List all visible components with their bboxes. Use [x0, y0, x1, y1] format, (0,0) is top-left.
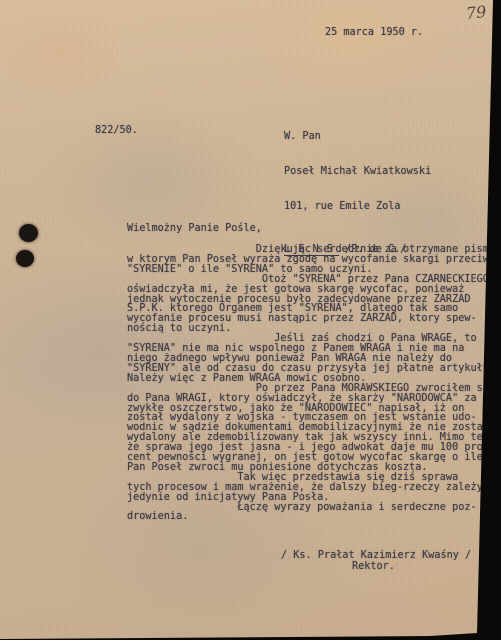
salutation: Wielmożny Panie Pośle, — [127, 223, 262, 234]
scan-background: { "page": { "page_number": "79", "date":… — [0, 0, 501, 640]
recipient-street: 101, rue Emile Zola — [284, 201, 431, 213]
punch-hole — [19, 224, 38, 242]
letter-page: 79 25 marca 1950 r. 822/50. W. Pan Poseł… — [0, 0, 501, 640]
signature-title: Rektor. — [352, 561, 395, 572]
reference-number: 822/50. — [95, 125, 138, 136]
signature-name: / Ks. Prałat Kazimierz Kwaśny / — [281, 550, 471, 561]
recipient-name: Poseł Michał Kwiatkowski — [284, 166, 431, 178]
punch-hole — [16, 250, 34, 267]
date-line: 25 marca 1950 r. — [325, 27, 423, 38]
recipient-honorific: W. Pan — [284, 131, 431, 143]
page-number-handwritten: 79 — [465, 2, 487, 23]
letter-body: Dziękując serdecznie za otrzymane pismo … — [127, 245, 495, 522]
